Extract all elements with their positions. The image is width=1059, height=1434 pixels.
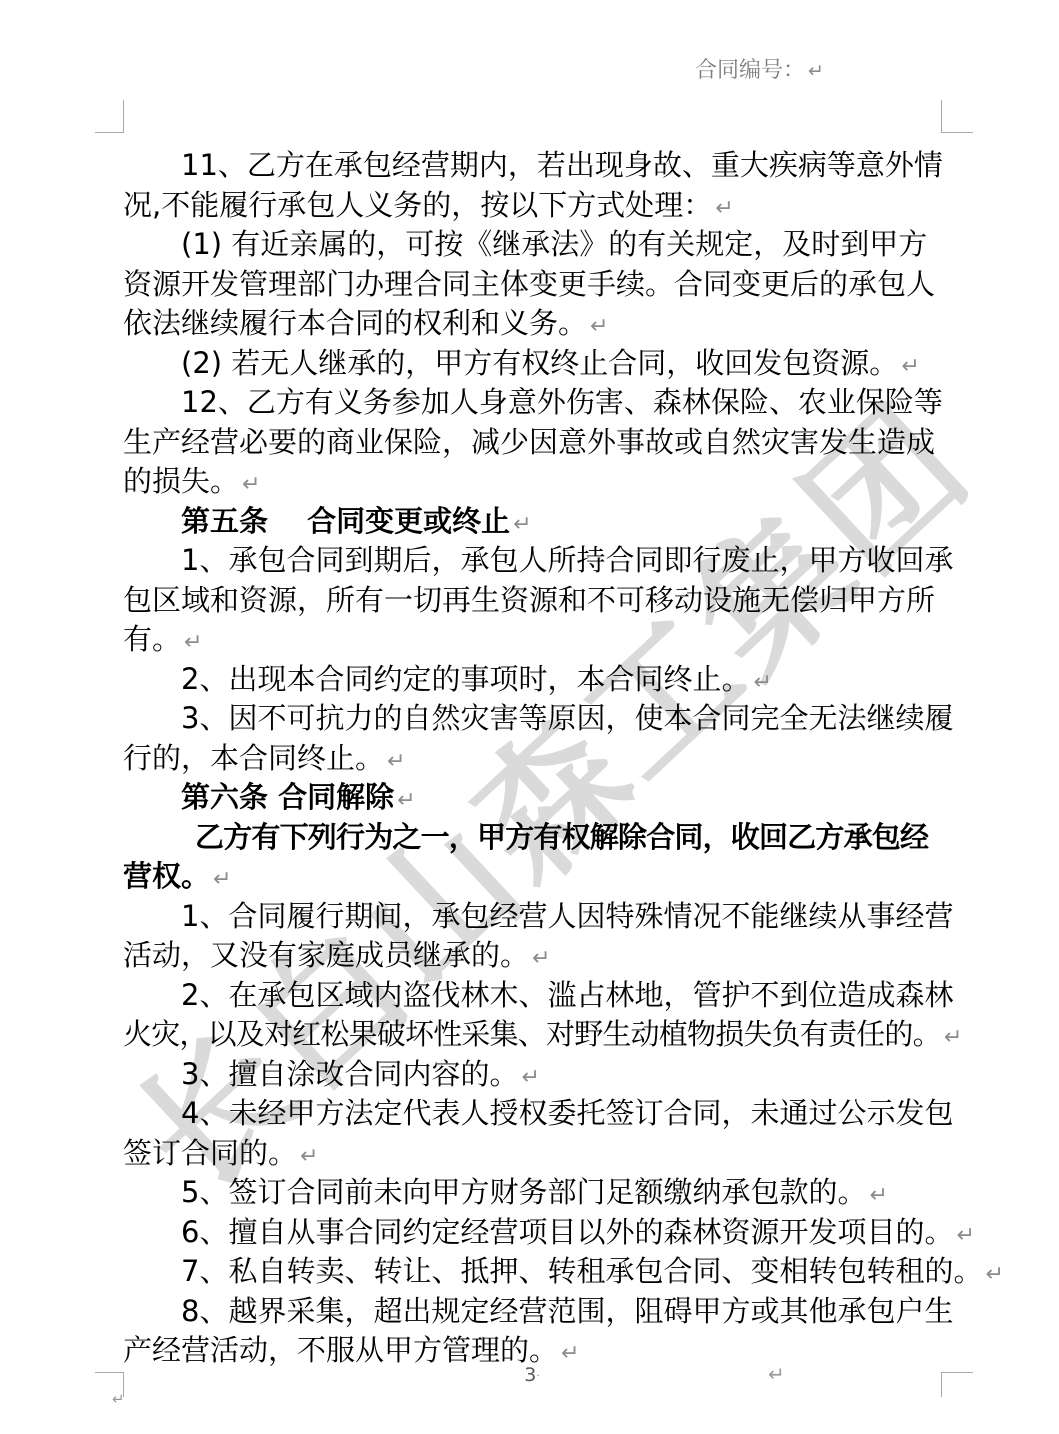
line-text: 第六条 合同解除 — [181, 780, 394, 814]
line-text: 11、乙方在承包经营期内，若出现身故、重大疾病等意外情 — [181, 148, 943, 182]
paragraph-mark-icon: ↵ — [590, 314, 608, 339]
contract-number-label: 合同编号： — [695, 58, 805, 83]
text-line: 6、擅自从事合同约定经营项目以外的森林资源开发项目的。↵ — [123, 1213, 941, 1253]
text-line: 1、承包合同到期后，承包人所持合同即行废止，甲方收回承 — [123, 541, 941, 581]
text-line: 4、未经甲方法定代表人授权委托签订合同，未通过公示发包 — [123, 1094, 941, 1134]
text-line: 有。↵ — [123, 620, 941, 660]
text-line: 7、私自转卖、转让、抵押、转租承包合同、变相转包转租的。↵ — [123, 1252, 941, 1292]
paragraph-mark-icon: ↵ — [521, 1065, 539, 1090]
text-line: 活动，又没有家庭成员继承的。↵ — [123, 936, 941, 976]
text-line: 第五条 合同变更或终止↵ — [123, 502, 941, 542]
paragraph-mark-icon: ↵ — [901, 354, 919, 379]
text-line: 签订合同的。↵ — [123, 1134, 941, 1174]
text-line: 资源开发管理部门办理合同主体变更手续。合同变更后的承包人 — [123, 265, 941, 305]
line-text: 1、承包合同到期后，承包人所持合同即行废止，甲方收回承 — [181, 543, 953, 577]
line-text: 6、擅自从事合同约定经营项目以外的森林资源开发项目的。 — [181, 1215, 953, 1249]
line-text: 生产经营必要的商业保险，减少因意外事故或自然灾害发生造成 — [123, 425, 935, 459]
paragraph-mark-icon: ↵ — [397, 788, 415, 813]
paragraph-mark-icon: ↵ — [387, 749, 405, 774]
footer-dot: · — [536, 1369, 540, 1382]
line-text: 的损失。 — [123, 464, 239, 498]
line-text: 签订合同的。 — [123, 1136, 297, 1170]
text-line: 营权。↵ — [123, 857, 941, 897]
line-text: (2) 若无人继承的，甲方有权终止合同，收回发包资源。 — [181, 346, 898, 380]
paragraph-mark-icon: ↵ — [715, 196, 733, 221]
text-boundary-mark-bottom-right — [941, 1372, 973, 1397]
line-text: 况,不能履行承包人义务的，按以下方式处理： — [123, 188, 712, 222]
text-line: 生产经营必要的商业保险，减少因意外事故或自然灾害发生造成 — [123, 423, 941, 463]
paragraph-mark-icon: ↵ — [184, 630, 202, 655]
paragraph-mark-icon: ↵ — [768, 1362, 785, 1386]
text-line: 况,不能履行承包人义务的，按以下方式处理：↵ — [123, 186, 941, 226]
paragraph-mark-icon: ↵ — [944, 1025, 962, 1050]
paragraph-mark-icon: ↵ — [808, 60, 824, 82]
text-line: 5、签订合同前未向甲方财务部门足额缴纳承包款的。↵ — [123, 1173, 941, 1213]
line-text: 4、未经甲方法定代表人授权委托签订合同，未通过公示发包 — [181, 1096, 953, 1130]
text-line: 的损失。↵ — [123, 462, 941, 502]
text-line: 第六条 合同解除↵ — [123, 778, 941, 818]
paragraph-mark-icon: ↵ — [112, 1390, 125, 1408]
page-header: 合同编号：↵ — [695, 53, 824, 84]
line-text: (1) 有近亲属的，可按《继承法》的有关规定，及时到甲方 — [181, 227, 927, 261]
paragraph-mark-icon: ↵ — [956, 1223, 974, 1248]
text-line: 3、擅自涂改合同内容的。↵ — [123, 1055, 941, 1095]
line-text: 乙方有下列行为之一，甲方有权解除合同，收回乙方承包经 — [195, 820, 928, 854]
paragraph-mark-icon: ↵ — [753, 670, 771, 695]
line-text: 8、越界采集，超出规定经营范围，阻碍甲方或其他承包户生 — [181, 1294, 953, 1328]
line-text: 3、因不可抗力的自然灾害等原因，使本合同完全无法继续履 — [181, 701, 953, 735]
paragraph-mark-icon: ↵ — [300, 1144, 318, 1169]
text-line: (1) 有近亲属的，可按《继承法》的有关规定，及时到甲方 — [123, 225, 941, 265]
line-text: 2、出现本合同约定的事项时，本合同终止。 — [181, 662, 750, 696]
line-text: 营权。 — [123, 859, 210, 893]
line-text: 3、擅自涂改合同内容的。 — [181, 1057, 518, 1091]
line-text: 依法继续履行本合同的权利和义务。 — [123, 306, 587, 340]
text-line: 8、越界采集，超出规定经营范围，阻碍甲方或其他承包户生 — [123, 1292, 941, 1332]
text-line: (2) 若无人继承的，甲方有权终止合同，收回发包资源。↵ — [123, 344, 941, 384]
paragraph-mark-icon: ↵ — [213, 867, 231, 892]
contract-body: 11、乙方在承包经营期内，若出现身故、重大疾病等意外情况,不能履行承包人义务的，… — [123, 146, 941, 1371]
line-text: 资源开发管理部门办理合同主体变更手续。合同变更后的承包人 — [123, 267, 935, 301]
text-line: 火灾，以及对红松果破坏性采集、对野生动植物损失负有责任的。↵ — [123, 1015, 941, 1055]
line-text: 包区域和资源，所有一切再生资源和不可移动设施无偿归甲方所 — [123, 583, 935, 617]
line-text: 12、乙方有义务参加人身意外伤害、森林保险、农业保险等 — [181, 385, 943, 419]
text-line: 2、出现本合同约定的事项时，本合同终止。↵ — [123, 660, 941, 700]
page-number: 3 — [524, 1364, 536, 1386]
paragraph-mark-icon: ↵ — [869, 1183, 887, 1208]
line-text: 产经营活动，不服从甲方管理的。 — [123, 1333, 558, 1367]
document-page: 长白山森工集团 合同编号：↵ 11、乙方在承包经营期内，若出现身故、重大疾病等意… — [0, 0, 1059, 1434]
line-text: 第五条 合同变更或终止 — [181, 504, 510, 538]
line-text: 火灾，以及对红松果破坏性采集、对野生动植物损失负有责任的。 — [123, 1017, 941, 1051]
page-footer: 3· — [123, 1364, 941, 1386]
text-line: 乙方有下列行为之一，甲方有权解除合同，收回乙方承包经 — [123, 818, 941, 858]
paragraph-mark-icon: ↵ — [532, 946, 550, 971]
line-text: 5、签订合同前未向甲方财务部门足额缴纳承包款的。 — [181, 1175, 866, 1209]
text-line: 1、合同履行期间，承包经营人因特殊情况不能继续从事经营 — [123, 897, 941, 937]
text-line: 12、乙方有义务参加人身意外伤害、森林保险、农业保险等 — [123, 383, 941, 423]
text-line: 行的，本合同终止。↵ — [123, 739, 941, 779]
line-text: 1、合同履行期间，承包经营人因特殊情况不能继续从事经营 — [181, 899, 953, 933]
text-line: 依法继续履行本合同的权利和义务。↵ — [123, 304, 941, 344]
text-boundary-mark-top-right — [941, 100, 973, 133]
line-text: 行的，本合同终止。 — [123, 741, 384, 775]
text-line: 3、因不可抗力的自然灾害等原因，使本合同完全无法继续履 — [123, 699, 941, 739]
paragraph-mark-icon: ↵ — [513, 512, 531, 537]
paragraph-mark-icon: ↵ — [242, 472, 260, 497]
line-text: 有。 — [123, 622, 181, 656]
line-text: 2、在承包区域内盗伐林木、滥占林地，管护不到位造成森林 — [181, 978, 953, 1012]
line-text: 活动，又没有家庭成员继承的。 — [123, 938, 529, 972]
text-line: 11、乙方在承包经营期内，若出现身故、重大疾病等意外情 — [123, 146, 941, 186]
paragraph-mark-icon: ↵ — [561, 1341, 579, 1366]
text-line: 2、在承包区域内盗伐林木、滥占林地，管护不到位造成森林 — [123, 976, 941, 1016]
paragraph-mark-icon: ↵ — [985, 1262, 1003, 1287]
text-boundary-mark-top-left — [95, 100, 124, 133]
text-line: 包区域和资源，所有一切再生资源和不可移动设施无偿归甲方所 — [123, 581, 941, 621]
line-text: 7、私自转卖、转让、抵押、转租承包合同、变相转包转租的。 — [181, 1254, 982, 1288]
